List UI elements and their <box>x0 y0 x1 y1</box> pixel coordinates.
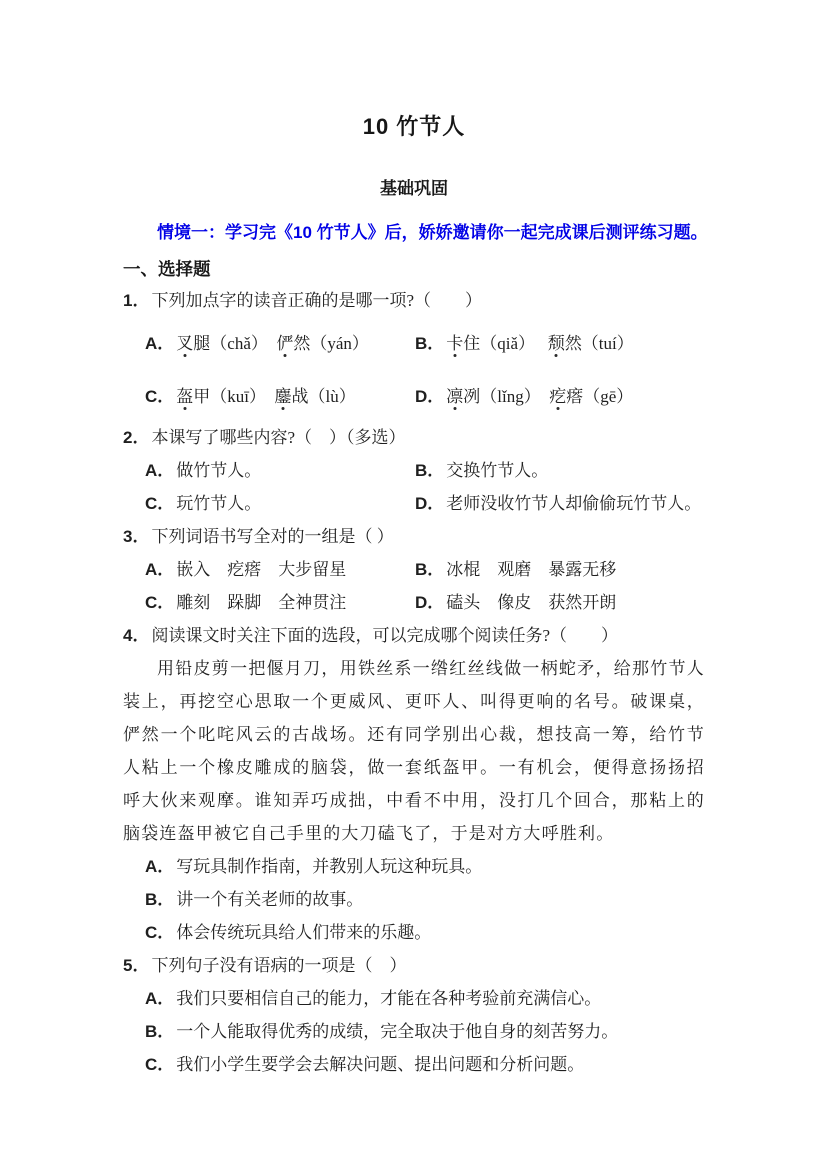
option-q4-c: C．体会传统玩具给人们带来的乐趣。 <box>145 916 705 949</box>
option-q1-c-text: 盔甲（kuī） 鏖战（lù） <box>176 387 355 406</box>
question-2-options: A．做竹节人。 B．交换竹节人。 C．玩竹节人。 D．老师没收竹节人却偷偷玩竹节… <box>123 454 705 520</box>
option-q1-c: C．盔甲（kuī） 鏖战（lù） <box>145 380 415 413</box>
option-q3-a-label: A． <box>145 560 174 579</box>
option-q5-a-label: A． <box>145 989 174 1008</box>
option-q1-d-label: D． <box>415 387 444 406</box>
option-q3-d: D．磕头 像皮 获然开朗 <box>415 586 705 619</box>
option-q3-d-text: 磕头 像皮 获然开朗 <box>446 593 616 612</box>
option-q2-c-text: 玩竹节人。 <box>176 494 261 513</box>
question-1: 1．下列加点字的读音正确的是哪一项?（ ） A．叉腿（chǎ） 俨然（yán） … <box>123 284 705 413</box>
question-5: 5．下列句子没有语病的一项是（ ） A．我们只要相信自己的能力，才能在各种考验前… <box>123 949 705 1081</box>
option-q4-a: A．写玩具制作指南，并教别人玩这种玩具。 <box>145 850 705 883</box>
scenario-banner: 情境一：学习完《10 竹节人》后，娇娇邀请你一起完成课后测评练习题。 <box>123 220 705 246</box>
question-1-stem: 1．下列加点字的读音正确的是哪一项?（ ） <box>123 284 705 317</box>
option-q3-c-text: 雕刻 跺脚 全神贯注 <box>176 593 346 612</box>
worksheet-page: 10 竹节人 基础巩固 情境一：学习完《10 竹节人》后，娇娇邀请你一起完成课后… <box>0 0 826 1169</box>
option-q1-a-text: 叉腿（chǎ） 俨然（yán） <box>176 334 369 353</box>
question-1-text: 下列加点字的读音正确的是哪一项?（ ） <box>151 291 482 310</box>
option-q2-b: B．交换竹节人。 <box>415 454 705 487</box>
option-q2-d-label: D． <box>415 494 444 513</box>
option-q2-a-label: A． <box>145 461 174 480</box>
page-title: 10 竹节人 <box>123 112 705 142</box>
option-q3-b-label: B． <box>415 560 444 579</box>
option-q2-d-text: 老师没收竹节人却偷偷玩竹节人。 <box>446 494 701 513</box>
option-q2-d: D．老师没收竹节人却偷偷玩竹节人。 <box>415 487 705 520</box>
question-4-text: 阅读课文时关注下面的选段，可以完成哪个阅读任务?（ ） <box>151 626 618 645</box>
option-q5-b: B．一个人能取得优秀的成绩，完全取决于他自身的刻苦努力。 <box>145 1015 705 1048</box>
option-q5-c-text: 我们小学生要学会去解决问题、提出问题和分析问题。 <box>176 1055 584 1074</box>
question-4-options: A．写玩具制作指南，并教别人玩这种玩具。 B．讲一个有关老师的故事。 C．体会传… <box>123 850 705 949</box>
option-q3-a: A．嵌入 疙瘩 大步留星 <box>145 553 415 586</box>
option-q4-c-label: C． <box>145 923 174 942</box>
option-q2-c-label: C． <box>145 494 174 513</box>
question-3: 3．下列词语书写全对的一组是（ ） A．嵌入 疙瘩 大步留星 B．冰棍 观磨 暴… <box>123 520 705 619</box>
option-q3-b: B．冰棍 观磨 暴露无移 <box>415 553 705 586</box>
option-q1-b: B．卡住（qiǎ） 颓然（tuí） <box>415 327 705 360</box>
question-4-passage: 用铅皮剪一把偃月刀，用铁丝系一绺红丝线做一柄蛇矛，给那竹节人装上，再挖空心思取一… <box>123 652 705 850</box>
option-q3-b-text: 冰棍 观磨 暴露无移 <box>446 560 616 579</box>
option-q1-d-text: 凛冽（lǐng） 疙瘩（gē） <box>446 387 633 406</box>
option-q5-a-text: 我们只要相信自己的能力，才能在各种考验前充满信心。 <box>176 989 601 1008</box>
question-2-text: 本课写了哪些内容?（ ）（多选） <box>151 428 405 447</box>
option-q5-a: A．我们只要相信自己的能力，才能在各种考验前充满信心。 <box>145 982 705 1015</box>
question-5-options: A．我们只要相信自己的能力，才能在各种考验前充满信心。 B．一个人能取得优秀的成… <box>123 982 705 1081</box>
option-q3-a-text: 嵌入 疙瘩 大步留星 <box>176 560 346 579</box>
option-q4-b-label: B． <box>145 890 174 909</box>
question-1-options: A．叉腿（chǎ） 俨然（yán） B．卡住（qiǎ） 颓然（tuí） C．盔甲… <box>123 327 705 413</box>
section-subtitle: 基础巩固 <box>123 176 705 202</box>
question-4: 4．阅读课文时关注下面的选段，可以完成哪个阅读任务?（ ） 用铅皮剪一把偃月刀，… <box>123 619 705 949</box>
option-q5-b-text: 一个人能取得优秀的成绩，完全取决于他自身的刻苦努力。 <box>176 1022 618 1041</box>
option-q1-b-text: 卡住（qiǎ） 颓然（tuí） <box>446 334 633 353</box>
option-q2-a-text: 做竹节人。 <box>176 461 261 480</box>
option-q5-c-label: C． <box>145 1055 174 1074</box>
question-3-number: 3． <box>123 527 149 546</box>
section-heading: 一、选择题 <box>123 254 705 284</box>
question-3-text: 下列词语书写全对的一组是（ ） <box>151 527 393 546</box>
option-q1-c-label: C． <box>145 387 174 406</box>
question-5-text: 下列句子没有语病的一项是（ ） <box>151 956 406 975</box>
option-q2-b-text: 交换竹节人。 <box>446 461 548 480</box>
option-q2-c: C．玩竹节人。 <box>145 487 415 520</box>
option-q4-a-text: 写玩具制作指南，并教别人玩这种玩具。 <box>176 857 482 876</box>
question-3-stem: 3．下列词语书写全对的一组是（ ） <box>123 520 705 553</box>
option-q3-c-label: C． <box>145 593 174 612</box>
option-q4-b: B．讲一个有关老师的故事。 <box>145 883 705 916</box>
question-2-number: 2． <box>123 428 149 447</box>
option-q5-b-label: B． <box>145 1022 174 1041</box>
option-q1-b-label: B． <box>415 334 444 353</box>
option-q2-b-label: B． <box>415 461 444 480</box>
question-1-number: 1． <box>123 291 149 310</box>
question-3-options: A．嵌入 疙瘩 大步留星 B．冰棍 观磨 暴露无移 C．雕刻 跺脚 全神贯注 D… <box>123 553 705 619</box>
option-q1-a: A．叉腿（chǎ） 俨然（yán） <box>145 327 415 360</box>
option-q3-c: C．雕刻 跺脚 全神贯注 <box>145 586 415 619</box>
question-2-stem: 2．本课写了哪些内容?（ ）（多选） <box>123 421 705 454</box>
question-2: 2．本课写了哪些内容?（ ）（多选） A．做竹节人。 B．交换竹节人。 C．玩竹… <box>123 421 705 520</box>
option-q1-a-label: A． <box>145 334 174 353</box>
option-q1-d: D．凛冽（lǐng） 疙瘩（gē） <box>415 380 705 413</box>
option-q4-a-label: A． <box>145 857 174 876</box>
option-q4-b-text: 讲一个有关老师的故事。 <box>176 890 363 909</box>
option-q4-c-text: 体会传统玩具给人们带来的乐趣。 <box>176 923 431 942</box>
question-5-stem: 5．下列句子没有语病的一项是（ ） <box>123 949 705 982</box>
question-4-number: 4． <box>123 626 149 645</box>
question-5-number: 5． <box>123 956 149 975</box>
question-4-stem: 4．阅读课文时关注下面的选段，可以完成哪个阅读任务?（ ） <box>123 619 705 652</box>
option-q3-d-label: D． <box>415 593 444 612</box>
option-q2-a: A．做竹节人。 <box>145 454 415 487</box>
option-q5-c: C．我们小学生要学会去解决问题、提出问题和分析问题。 <box>145 1048 705 1081</box>
